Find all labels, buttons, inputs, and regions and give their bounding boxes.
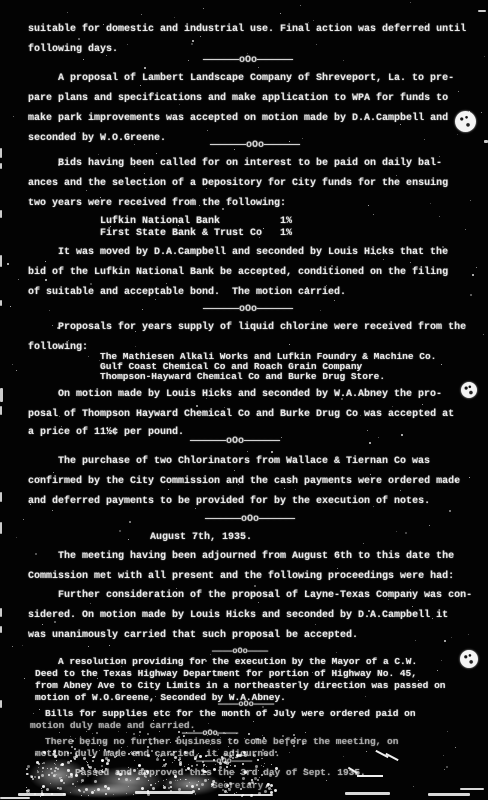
noise-speck [12,364,13,365]
noise-speck [0,163,2,169]
noise-speck [34,793,36,795]
noise-speck [173,751,175,753]
noise-speck [366,751,367,752]
noise-speck [198,781,199,782]
noise-speck [55,767,57,769]
noise-speck [228,788,231,791]
noise-speck [236,733,237,734]
noise-speck [196,784,198,786]
noise-speck [273,159,274,160]
noise-speck [179,763,182,766]
noise-speck [101,759,104,762]
noise-speck [199,755,202,758]
noise-speck [263,228,264,229]
noise-speck [50,783,51,784]
noise-speck [27,765,30,768]
noise-speck [87,762,88,763]
noise-speck [139,735,140,736]
noise-speck [88,795,89,796]
noise-speck [155,783,156,784]
noise-speck [201,769,204,772]
noise-speck [165,763,167,765]
noise-speck [266,785,267,786]
noise-speck [415,640,416,641]
noise-speck [131,752,134,755]
film-grain-layer [0,0,488,800]
noise-speck [49,310,50,311]
noise-speck [72,740,74,742]
noise-speck [136,779,137,780]
noise-speck [266,786,267,787]
noise-speck [240,788,242,790]
noise-speck [37,770,38,771]
noise-speck [43,762,45,764]
noise-speck [59,787,62,790]
noise-speck [222,78,223,79]
noise-speck [117,773,119,775]
noise-speck [162,740,164,742]
noise-speck [230,203,231,204]
noise-speck [147,772,149,774]
noise-speck [263,766,264,767]
noise-speck [81,779,84,782]
noise-speck [144,173,145,174]
noise-speck [484,140,488,143]
noise-speck [60,779,63,782]
noise-speck [163,764,166,767]
noise-speck [57,787,59,789]
noise-speck [343,756,344,757]
noise-speck [228,763,229,764]
noise-speck [67,12,68,13]
noise-speck [170,711,171,712]
noise-speck [88,356,89,357]
noise-speck [365,696,366,697]
noise-speck [170,753,173,756]
noise-speck [229,755,232,758]
noise-speck [211,783,214,786]
noise-speck [470,294,472,296]
noise-speck [205,771,207,773]
noise-speck [213,780,215,782]
noise-speck [228,788,229,789]
noise-speck [85,774,86,775]
noise-speck [152,787,155,790]
noise-speck [101,765,103,767]
noise-speck [52,510,53,511]
noise-speck [324,322,325,323]
noise-speck [167,753,168,754]
noise-speck [203,185,204,186]
noise-speck [88,646,89,647]
noise-speck [229,776,231,778]
noise-speck [61,426,62,427]
noise-speck [86,731,87,732]
noise-speck [306,287,308,289]
noise-speck [145,776,147,778]
noise-speck [24,678,25,679]
noise-speck [447,731,448,732]
noise-speck [144,67,146,69]
noise-speck [121,747,122,748]
noise-speck [32,778,34,780]
noise-speck [204,779,207,782]
noise-speck [293,745,295,747]
noise-speck [329,593,330,594]
noise-speck [156,153,157,154]
noise-speck [236,712,237,713]
noise-speck [45,279,47,281]
noise-speck [199,205,200,206]
noise-speck [444,769,445,770]
noise-speck [106,763,108,765]
noise-speck [158,781,159,782]
noise-speck [52,753,54,755]
noise-speck [184,751,186,753]
noise-speck [207,735,208,736]
scanned-minutes-page: suitable for domestic and industrial use… [0,0,488,800]
noise-speck [280,13,281,14]
noise-speck [357,367,359,369]
noise-speck [410,2,411,3]
noise-speck [170,786,172,788]
noise-speck [128,753,130,755]
noise-speck [97,678,98,679]
noise-speck [470,200,471,201]
noise-speck [185,779,186,780]
noise-speck [128,767,129,768]
noise-speck [455,480,457,482]
noise-speck [117,771,119,773]
noise-speck [428,793,470,796]
noise-speck [37,771,39,773]
noise-speck [103,24,104,25]
noise-speck [38,767,39,768]
noise-speck [175,780,176,781]
noise-speck [255,738,257,740]
noise-speck [13,116,14,117]
noise-speck [430,203,431,204]
noise-speck [137,779,138,780]
noise-speck [370,474,371,475]
noise-speck [107,759,110,762]
noise-speck [39,709,40,710]
noise-speck [336,652,337,653]
noise-speck [267,783,269,785]
noise-speck [155,696,156,697]
noise-speck [302,743,304,745]
noise-speck [345,792,390,795]
noise-speck [326,780,327,781]
noise-speck [484,56,485,57]
noise-speck [224,753,225,754]
noise-speck [141,787,144,790]
noise-speck [90,603,91,604]
noise-speck [106,762,109,765]
noise-speck [0,797,30,799]
noise-speck [442,246,444,248]
noise-speck [367,430,368,431]
noise-speck [375,254,376,255]
noise-speck [469,477,470,478]
noise-speck [221,757,224,760]
noise-speck [250,794,253,797]
noise-speck [255,765,258,768]
noise-speck [7,263,9,265]
noise-speck [41,793,44,796]
noise-speck [451,637,452,638]
noise-speck [270,791,273,794]
noise-speck [261,765,262,766]
noise-speck [116,752,118,754]
noise-speck [39,477,40,478]
noise-speck [71,746,73,748]
noise-speck [102,769,103,770]
noise-speck [267,783,270,786]
noise-speck [195,793,196,794]
noise-speck [143,772,146,775]
noise-speck [469,111,470,112]
noise-speck [75,76,76,77]
noise-speck [338,632,339,633]
noise-speck [30,775,33,778]
noise-speck [378,437,379,438]
noise-speck [186,779,187,780]
noise-speck [137,777,140,780]
noise-speck [136,778,138,780]
noise-speck [87,775,89,777]
noise-speck [145,197,146,198]
noise-speck [196,764,198,766]
noise-speck [257,759,259,761]
noise-speck [75,774,78,777]
noise-speck [105,757,108,760]
noise-speck [53,750,56,753]
noise-speck [383,259,384,260]
noise-speck [134,166,135,167]
noise-speck [262,758,263,759]
noise-speck [259,777,260,778]
noise-speck [300,5,301,6]
noise-speck [263,737,265,739]
noise-speck [221,756,223,758]
noise-speck [75,753,77,755]
noise-speck [74,748,76,750]
noise-speck [206,766,207,767]
noise-speck [68,776,70,778]
noise-speck [147,733,149,735]
noise-speck [313,20,314,21]
noise-speck [269,774,272,777]
noise-speck [147,746,149,748]
noise-speck [210,744,211,745]
noise-speck [42,624,43,625]
noise-speck [26,790,27,791]
noise-speck [134,760,135,761]
noise-speck [67,752,69,754]
noise-speck [66,775,67,776]
noise-speck [204,742,205,743]
noise-speck [166,779,167,780]
noise-speck [119,530,121,532]
noise-speck [74,758,76,760]
noise-speck [92,749,94,751]
noise-speck [138,764,141,767]
noise-speck [220,737,221,738]
noise-speck [92,757,93,758]
noise-speck [135,346,136,347]
noise-speck [142,309,143,310]
noise-speck [238,754,241,757]
noise-speck [26,787,27,788]
noise-speck [247,53,248,54]
noise-speck [244,771,247,774]
noise-speck [0,406,2,415]
noise-speck [224,790,227,793]
noise-speck [151,750,153,752]
noise-speck [106,55,107,56]
noise-speck [284,488,285,489]
noise-speck [109,645,110,646]
noise-speck [53,472,54,473]
noise-speck [274,789,277,792]
noise-speck [240,773,241,774]
noise-speck [478,10,486,12]
noise-speck [41,792,43,794]
noise-speck [51,768,52,769]
noise-speck [63,793,65,795]
noise-speck [472,274,474,276]
noise-speck [369,442,371,444]
noise-speck [128,786,129,787]
noise-speck [316,44,317,45]
noise-speck [160,755,162,757]
noise-speck [406,683,407,684]
noise-speck [120,770,121,771]
noise-speck [178,759,180,761]
noise-speck [186,785,188,787]
noise-speck [271,789,272,790]
noise-speck [146,770,149,773]
noise-speck [96,732,98,734]
noise-speck [91,791,94,794]
noise-speck [179,771,180,772]
noise-speck [217,755,218,756]
noise-speck [61,763,64,766]
noise-speck [177,780,178,781]
noise-speck [326,285,327,286]
noise-speck [210,654,211,655]
noise-speck [191,785,194,788]
noise-speck [293,734,295,736]
noise-speck [217,734,219,736]
noise-speck [75,499,76,500]
noise-speck [363,543,364,544]
noise-speck [439,156,440,157]
noise-speck [16,370,17,371]
noise-speck [189,782,190,783]
noise-speck [188,60,189,61]
noise-speck [59,732,60,733]
noise-speck [147,754,150,757]
noise-speck [215,764,216,765]
noise-speck [401,434,403,436]
noise-speck [400,490,401,491]
noise-speck [262,735,263,736]
noise-speck [118,731,119,732]
noise-speck [23,519,24,520]
noise-speck [48,774,50,776]
noise-speck [194,535,195,536]
noise-speck [104,741,106,743]
noise-speck [59,777,61,779]
noise-speck [139,698,140,699]
noise-speck [208,779,209,780]
noise-speck [54,621,56,623]
noise-speck [262,706,264,708]
noise-speck [130,752,131,753]
noise-speck [264,790,267,793]
noise-speck [183,735,185,737]
noise-speck [225,733,226,734]
noise-speck [194,758,196,760]
noise-speck [10,306,11,307]
noise-speck [59,754,60,755]
noise-speck [254,777,257,780]
noise-speck [257,738,259,740]
noise-speck [244,770,247,773]
noise-speck [54,770,56,772]
noise-speck [281,437,282,438]
noise-speck [226,762,229,765]
noise-speck [188,764,189,765]
noise-speck [80,736,81,737]
noise-speck [410,262,411,263]
noise-speck [429,595,430,596]
noise-speck [0,700,2,708]
noise-speck [29,792,30,793]
noise-speck [185,769,187,771]
noise-speck [166,283,167,284]
noise-speck [203,766,204,767]
noise-speck [155,752,156,753]
noise-speck [192,40,194,42]
noise-speck [159,731,160,732]
noise-speck [259,237,260,238]
noise-speck [75,738,76,739]
noise-speck [174,760,175,761]
noise-speck [331,265,333,267]
noise-speck [16,537,17,538]
noise-speck [168,754,169,755]
noise-speck [163,786,166,789]
noise-speck [208,723,209,724]
noise-speck [30,504,31,505]
noise-speck [131,751,132,752]
noise-speck [158,756,159,757]
noise-speck [172,762,173,763]
noise-speck [198,753,199,754]
noise-speck [202,761,204,763]
noise-speck [251,770,252,771]
noise-speck [305,732,306,733]
noise-speck [446,766,448,768]
noise-speck [360,76,361,77]
noise-speck [193,730,195,732]
noise-speck [306,591,307,592]
noise-speck [180,779,181,780]
noise-speck [396,175,397,176]
